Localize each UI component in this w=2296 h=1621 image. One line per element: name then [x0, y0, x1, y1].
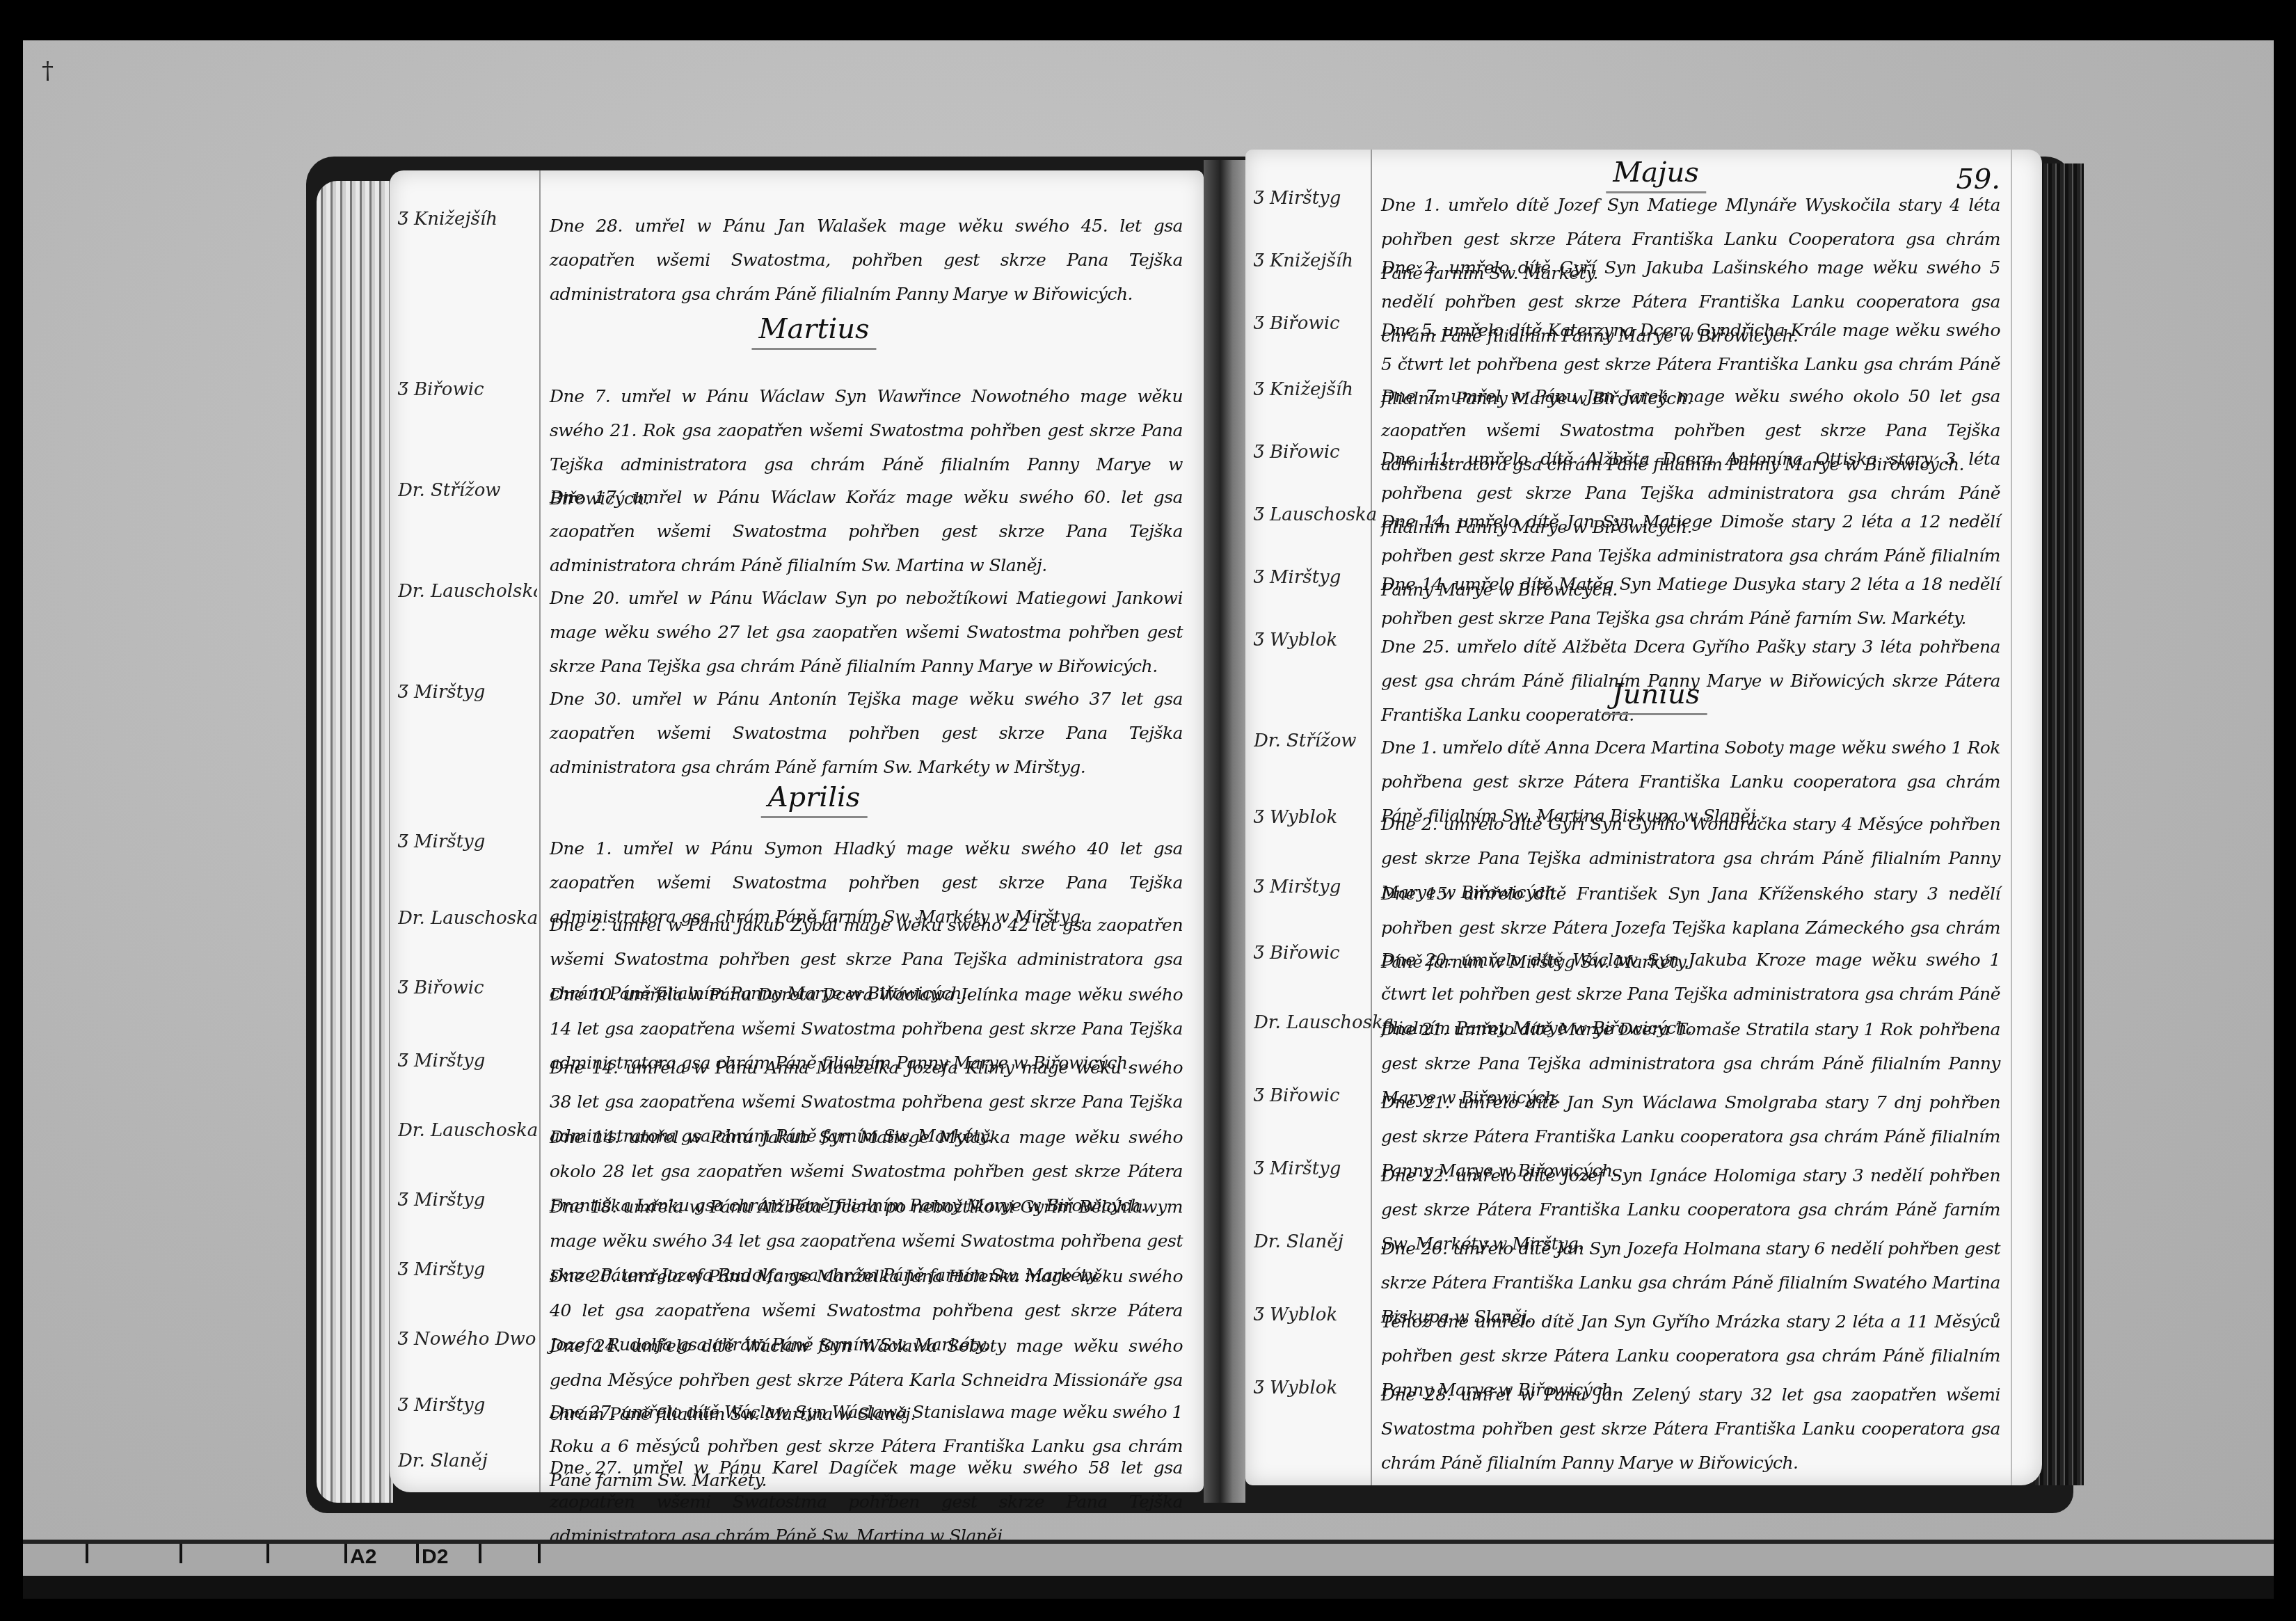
entry-place: Ʒ Knižejšíh: [1254, 250, 1393, 271]
entry-place: Ʒ Wyblok: [1254, 1304, 1393, 1325]
microfilm-ruler: A2 D2: [23, 1540, 2274, 1580]
entry-place: Dr. Lauschoska: [1254, 1012, 1393, 1033]
ruler-tick: [180, 1544, 182, 1563]
entry-place: Dr. Střížow: [1254, 730, 1393, 751]
right-page-edges: [2035, 163, 2084, 1485]
ruler-tick: [479, 1544, 481, 1563]
month-heading-junius: Junius: [1605, 678, 1707, 715]
entry-text: Dne 30. umřel w Pánu Antonín Tejška mage…: [550, 682, 1183, 784]
entry-place: Ʒ Mirštyg: [1254, 877, 1393, 897]
entry-place: Dr. Lauschoska: [398, 1120, 537, 1141]
ruler-tick: [416, 1544, 419, 1563]
entry-place: Ʒ Biřowic: [1254, 442, 1393, 463]
entry-text: Dne 20. umřel w Pánu Wáclaw Syn po nebož…: [550, 581, 1183, 683]
entry-text: Dne 27. umřel w Pánu Karel Dagíček mage …: [550, 1451, 1183, 1553]
month-heading-aprilis: Aprilis: [761, 781, 868, 818]
entry-place: Ʒ Biřowic: [398, 379, 537, 400]
entry-place: Ʒ Mirštyg: [398, 1190, 537, 1211]
book-gutter: [1204, 160, 1245, 1503]
ruler-label: A2: [350, 1545, 376, 1569]
entry-place: Dr. Lauschoska: [398, 908, 537, 929]
ruler-tick: [538, 1544, 541, 1563]
ruler-tick: [266, 1544, 269, 1563]
left-page-edges: [317, 181, 393, 1503]
entry-place: Ʒ Wyblok: [1254, 1378, 1393, 1398]
entry-place: Ʒ Mirštyg: [398, 1395, 537, 1416]
entry-place: Ʒ Mirštyg: [398, 1259, 537, 1280]
entry-place: Ʒ Mirštyg: [1254, 188, 1393, 209]
entry-place: Dr. Lauscholska: [398, 581, 537, 602]
entry-place: Dr. Slaněj: [1254, 1231, 1393, 1252]
entry-place: Ʒ Knižejšíh: [1254, 379, 1393, 400]
entry-place: Ʒ Lauschoska: [1254, 504, 1393, 525]
entry-place: Ʒ Biřowic: [1254, 313, 1393, 334]
entry-place: Ʒ Mirštyg: [398, 682, 537, 703]
entry-place: Ʒ Wyblok: [1254, 807, 1393, 828]
month-heading-martius: Martius: [751, 313, 876, 350]
entry-place: Ʒ Biřowic: [1254, 1085, 1393, 1106]
ruler-tick: [86, 1544, 88, 1563]
entry-place: Ʒ Mirštyg: [1254, 567, 1393, 588]
entry-place: Ʒ Knižejšíh: [398, 209, 537, 230]
left-page: Ʒ Knižejšíh Dne 28. umřel w Pánu Jan Wal…: [390, 170, 1204, 1492]
ruler-label: D2: [422, 1545, 448, 1569]
entry-text: Dne 28. umřel w Pánu Jan Walašek mage wě…: [550, 209, 1183, 311]
entry-text: Dne 28. umřel w Pánu Jan Zelený stary 32…: [1381, 1378, 2000, 1480]
left-page-entries: Ʒ Knižejšíh Dne 28. umřel w Pánu Jan Wal…: [390, 170, 1204, 1492]
entry-place: Dr. Střížow: [398, 480, 537, 501]
right-page: 59. Majus Ʒ Mirštyg Dne 1. umřelo dítě J…: [1245, 150, 2042, 1485]
entry-place: Ʒ Mirštyg: [398, 1051, 537, 1071]
ruler-tick: [344, 1544, 347, 1563]
entry-text: Dne 14. umřelo dítě Matěg Syn Matiege Du…: [1381, 567, 2000, 635]
entry-place: Ʒ Biřowic: [398, 977, 537, 998]
corner-cross-mark: †: [42, 57, 54, 85]
entry-place: Ʒ Mirštyg: [1254, 1158, 1393, 1179]
entry-place: Ʒ Biřowic: [1254, 943, 1393, 964]
entry-place: Ʒ Nowého Dworu: [398, 1329, 537, 1350]
entry-place: Ʒ Wyblok: [1254, 630, 1393, 650]
right-page-entries: Majus Ʒ Mirštyg Dne 1. umřelo dítě Jozef…: [1245, 150, 2042, 1485]
entry-place: Dr. Slaněj: [398, 1451, 537, 1471]
entry-place: Ʒ Mirštyg: [398, 831, 537, 852]
entry-text: Dne 17. umřel w Pánu Wáclaw Kořáz mage w…: [550, 480, 1183, 582]
film-edge: [23, 1576, 2274, 1599]
